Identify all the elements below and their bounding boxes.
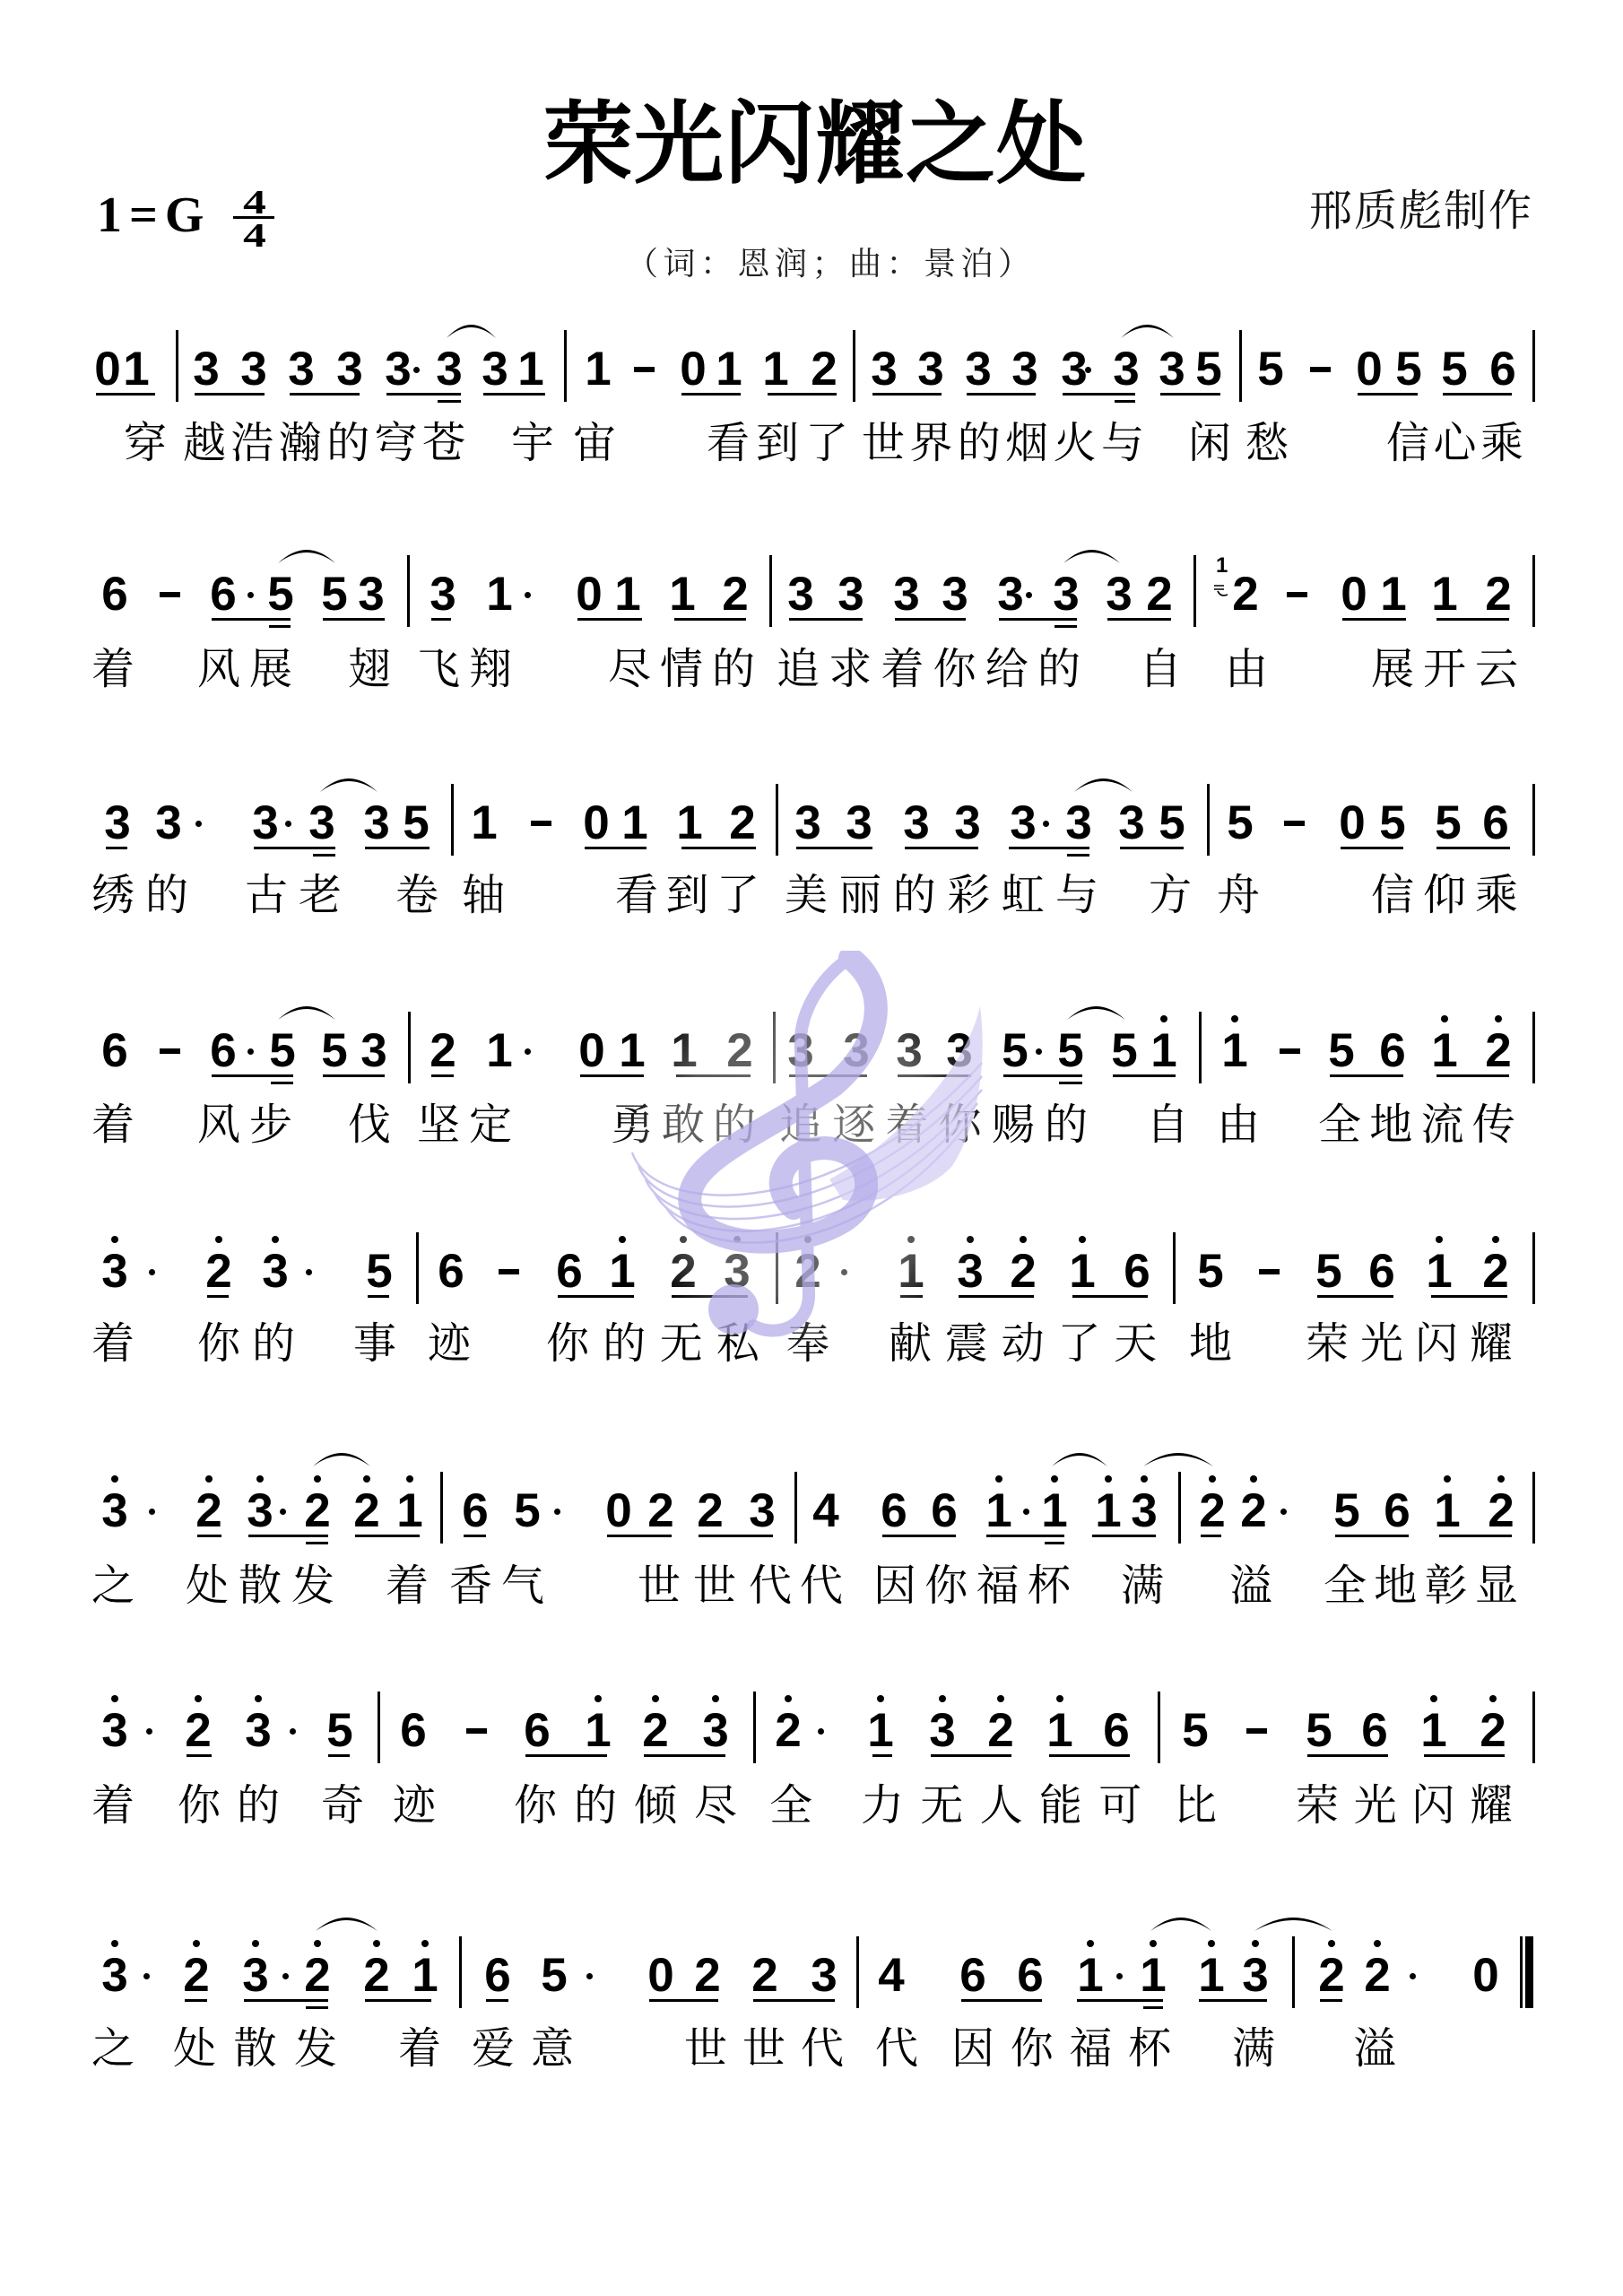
lyric-text: 迹	[393, 1784, 436, 1827]
note: 6	[1103, 1707, 1130, 1754]
note: 1	[621, 799, 648, 847]
lyric-text: 奉	[786, 1322, 829, 1365]
note: 1	[898, 1248, 924, 1295]
note: 2	[304, 1487, 331, 1535]
lyric-text: 闲	[1188, 422, 1231, 465]
note: 2	[775, 1707, 802, 1754]
note-digit: 5	[269, 1024, 295, 1077]
octave-dot-high	[1020, 1236, 1027, 1243]
note-digit: -	[1249, 1704, 1265, 1757]
sustain-dash: -	[499, 1248, 519, 1295]
note-digit: 1	[716, 343, 742, 396]
octave-dot-high	[680, 1236, 687, 1243]
note-digit: 2	[1240, 1484, 1266, 1537]
note: 3	[308, 799, 335, 847]
bar-line	[856, 1936, 859, 2008]
tie-arc	[1121, 322, 1174, 340]
note: 5	[1328, 1027, 1355, 1074]
lyric-text: 世世代	[638, 1564, 804, 1607]
note-digit: 2	[363, 1949, 389, 2002]
note-digit: 6	[484, 1949, 510, 2002]
note-digit: 6	[1379, 1024, 1405, 1077]
note: 2	[694, 1952, 721, 1999]
sustain-dash: -	[634, 345, 655, 393]
note: 3	[155, 799, 182, 847]
lyric-text: 满	[1121, 1564, 1164, 1607]
note-digit: 3	[1065, 796, 1091, 849]
note-digit: 2	[726, 1024, 752, 1077]
octave-dot-high	[595, 1695, 602, 1702]
rest-note: 0	[94, 345, 121, 393]
note-digit: 3	[893, 568, 919, 621]
note-digit: 2	[183, 1949, 209, 2002]
note-digit: 6	[101, 1024, 127, 1077]
note-digit: 3	[155, 796, 181, 849]
augmentation-dot: ·	[296, 1248, 323, 1295]
lyric-text: 追求着你给的	[777, 648, 1089, 691]
note-digit: 2	[775, 1704, 801, 1757]
note-digit: 2	[794, 1245, 820, 1298]
sustain-dash: -	[1287, 570, 1307, 618]
note: 3	[702, 1707, 729, 1754]
note: 1	[1420, 1707, 1447, 1754]
augmentation-dot: ·	[1107, 1952, 1133, 1999]
note-digit: 6	[1124, 1245, 1150, 1298]
augmentation-dot: ·	[1013, 1487, 1040, 1535]
note-digit: 6	[959, 1949, 985, 2002]
note-digit: 1	[1046, 1704, 1072, 1757]
note-digit: -	[1313, 343, 1329, 396]
note: 5	[267, 570, 294, 618]
note: 1	[1140, 1952, 1167, 1999]
note: 1	[609, 1248, 636, 1295]
sustain-dash: -	[531, 799, 551, 847]
note: 3	[942, 570, 968, 618]
note-digit: 1	[1431, 568, 1457, 621]
note-digit: 5	[1057, 1024, 1083, 1077]
note-digit: 2	[1482, 1245, 1508, 1298]
note: 5	[514, 1487, 541, 1535]
note: 3	[896, 1027, 923, 1074]
bar-line	[1199, 1012, 1202, 1083]
sixteenth-underline	[1067, 854, 1089, 857]
note-digit: 2	[1488, 1484, 1514, 1537]
octave-dot-high	[1105, 1475, 1112, 1483]
note: 2	[722, 570, 749, 618]
note-digit: 5	[366, 1245, 392, 1298]
note: 3	[1053, 570, 1080, 618]
note: 3	[787, 570, 814, 618]
bar-line	[459, 1936, 462, 2008]
note: 5	[321, 570, 348, 618]
note-digit: 6	[400, 1704, 426, 1757]
note-digit: 1	[412, 1949, 438, 2002]
lyric-text: 代	[875, 2027, 918, 2070]
note: 1	[486, 570, 513, 618]
note-digit: -	[1282, 1024, 1298, 1077]
note: 1	[619, 1027, 646, 1074]
note-digit: 1	[867, 1704, 893, 1757]
lyric-text: 卷	[395, 874, 438, 917]
note-digit: 3	[358, 568, 384, 621]
note: 1	[716, 345, 742, 393]
octave-dot-high	[193, 1940, 200, 1947]
sixteenth-underline	[269, 625, 291, 628]
lyric-text: 溢	[1229, 1564, 1272, 1607]
note-digit: ·	[191, 796, 207, 849]
octave-dot-high	[1441, 1015, 1448, 1022]
octave-dot-high	[1492, 1236, 1499, 1243]
note: 1	[669, 570, 696, 618]
note-digit: 6	[1489, 343, 1515, 396]
octave-dot-high	[314, 1940, 321, 1947]
note-digit: 2	[185, 1704, 211, 1757]
lyric-text: 之	[91, 1564, 135, 1607]
note-digit: ·	[275, 1484, 291, 1537]
note: 2	[811, 345, 838, 393]
note-digit: 2	[205, 1245, 231, 1298]
lyric-text: 着	[398, 2027, 441, 2070]
note-digit: -	[501, 1245, 517, 1298]
bar-line	[769, 555, 772, 627]
note-digit: 3	[436, 343, 462, 396]
lyric-text: 看到了	[615, 874, 768, 917]
lyric-text: 看到了	[707, 422, 855, 465]
note-digit: 2	[1480, 1704, 1506, 1757]
note-digit: 0	[578, 1024, 604, 1077]
note: 3	[242, 1952, 269, 1999]
note-digit: 6	[101, 568, 127, 621]
note-digit: 3	[843, 1024, 869, 1077]
note: 5	[1002, 1027, 1028, 1074]
note-digit: 1	[1426, 1245, 1452, 1298]
octave-dot-high	[1489, 1695, 1497, 1702]
lyric-text: 着	[91, 1784, 135, 1827]
note: 6	[524, 1707, 551, 1754]
note-digit: 4	[812, 1484, 838, 1537]
octave-dot-high	[314, 1475, 321, 1483]
note-digit: 3	[871, 343, 897, 396]
note: 2	[1232, 570, 1259, 618]
augmentation-dot: ·	[280, 1707, 307, 1754]
note-digit: 1	[396, 1484, 422, 1537]
note-digit: 3	[702, 1704, 728, 1757]
note: 6	[1379, 1027, 1406, 1074]
note: 6	[400, 1707, 427, 1754]
octave-dot-high	[1079, 1236, 1086, 1243]
note-digit: -	[534, 796, 550, 849]
jianpu-score: 0133333·3311-011233333·3355-0556穿越浩瀚的穹苍宇…	[0, 0, 1623, 2296]
note: 6	[210, 570, 237, 618]
rest-note: 0	[647, 1952, 674, 1999]
lyric-text: 愁	[1245, 422, 1289, 465]
bar-line	[408, 1012, 411, 1083]
note: 6	[1489, 345, 1516, 393]
note-digit: 1	[1069, 1245, 1095, 1298]
lyric-text: 自	[1139, 648, 1182, 691]
note: 5	[403, 799, 430, 847]
note-digit: 3	[787, 568, 813, 621]
note-digit: 2	[811, 343, 837, 396]
note-digit: 3	[1106, 568, 1132, 621]
sustain-dash: -	[160, 570, 180, 618]
octave-dot-high	[195, 1695, 202, 1702]
note: 2	[697, 1487, 724, 1535]
note: 1	[1150, 1027, 1177, 1074]
lyric-text: 由	[1225, 648, 1268, 691]
note-digit: 6	[1384, 1484, 1410, 1537]
note: 3	[1242, 1952, 1269, 1999]
octave-dot-high	[363, 1475, 370, 1483]
note: 3	[104, 799, 131, 847]
note-digit: 2	[304, 1484, 330, 1537]
lyric-text: 由	[1217, 1103, 1260, 1146]
note-digit: 2	[722, 568, 748, 621]
lyric-text: 献震动了天	[889, 1322, 1170, 1365]
tie-arc	[278, 547, 335, 565]
octave-dot-high	[1430, 1695, 1437, 1702]
note-digit: ·	[520, 1024, 536, 1077]
bar-line	[1532, 555, 1535, 627]
octave-dot-high	[995, 1475, 1002, 1483]
note: 5	[1395, 345, 1422, 393]
bar-line	[1173, 1232, 1176, 1304]
note: 1	[1198, 1952, 1225, 1999]
note: 2	[430, 1027, 456, 1074]
octave-dot-high	[111, 1940, 118, 1947]
note-digit: 3	[242, 1949, 268, 2002]
note-digit: ·	[243, 1024, 259, 1077]
note: 1	[1041, 1487, 1068, 1535]
sustain-dash: -	[466, 1707, 487, 1754]
note-digit: 1	[123, 343, 149, 396]
note-digit: ·	[813, 1704, 829, 1757]
note: 3	[954, 799, 981, 847]
lyric-text: 地	[1189, 1322, 1232, 1365]
note: 2	[1199, 1487, 1226, 1535]
note-digit: 3	[363, 796, 389, 849]
lyric-text: 比	[1174, 1784, 1217, 1827]
augmentation-dot: ·	[1271, 1487, 1298, 1535]
sixteenth-underline	[438, 400, 461, 403]
note-digit: 3	[903, 796, 929, 849]
note-digit: 3	[946, 1024, 972, 1077]
note: 2	[1146, 570, 1173, 618]
augmentation-dot: ·	[544, 1487, 571, 1535]
lyric-text: 满	[1232, 2027, 1275, 2070]
note: 3	[965, 345, 992, 393]
octave-dot-high	[1252, 1940, 1259, 1947]
note: 3	[1113, 345, 1140, 393]
note-digit: ·	[139, 1949, 155, 2002]
note-digit: 3	[846, 796, 872, 849]
note-digit: 1	[585, 343, 611, 396]
octave-dot-high	[1250, 1475, 1257, 1483]
note: 1	[486, 1027, 513, 1074]
lyric-text: 迹	[428, 1322, 471, 1365]
note: 5	[1159, 799, 1185, 847]
note-digit: 3	[308, 796, 334, 849]
note-digit: 3	[245, 1704, 271, 1757]
augmentation-dot: ·	[186, 799, 213, 847]
note-digit: 6	[210, 1024, 236, 1077]
note-digit: 3	[1118, 796, 1144, 849]
note-digit: 2	[1364, 1949, 1390, 2002]
note-digit: ·	[1405, 1949, 1421, 2002]
lyric-text: 荣光闪耀	[1306, 1322, 1524, 1365]
octave-dot-high	[1374, 1940, 1381, 1947]
note: 1	[585, 1707, 612, 1754]
lyric-text: 全	[769, 1784, 812, 1827]
note: 2	[1364, 1952, 1391, 1999]
note-digit: 5	[1111, 1024, 1137, 1077]
note-digit: 5	[1441, 343, 1467, 396]
note-digit: 0	[1356, 343, 1382, 396]
octave-dot-high	[652, 1695, 659, 1702]
lyric-text: 爱意	[472, 2027, 590, 2070]
tie-arc	[1143, 1450, 1213, 1468]
note-digit: 3	[482, 343, 508, 396]
bar-line	[1178, 1472, 1181, 1544]
octave-dot-high	[712, 1695, 719, 1702]
note-digit: 3	[942, 568, 968, 621]
lyric-text: 全地彰显	[1324, 1564, 1525, 1607]
note-digit: 3	[954, 796, 980, 849]
note: 5	[1195, 345, 1222, 393]
augmentation-dot: ·	[515, 1027, 542, 1074]
bar-line	[776, 784, 778, 856]
bar-line	[794, 1472, 797, 1544]
tie-arc	[1067, 1004, 1125, 1022]
note: 3	[101, 1707, 128, 1754]
note-digit: 1	[669, 568, 695, 621]
note: 3	[929, 1707, 956, 1754]
note-digit: -	[469, 1704, 485, 1757]
bar-line	[1207, 784, 1210, 856]
note: 3	[1118, 799, 1145, 847]
bar-line	[1158, 1692, 1160, 1763]
bar-line	[1532, 330, 1535, 402]
note-digit: 2	[647, 1484, 673, 1537]
octave-dot-high	[373, 1940, 380, 1947]
lyric-text: 处散发	[173, 2027, 355, 2070]
note: 2	[1482, 1248, 1509, 1295]
note-digit: 1	[609, 1245, 635, 1298]
octave-dot-high	[1497, 1475, 1505, 1483]
lyric-text: 勇敢的	[611, 1103, 764, 1146]
note-digit: 3	[896, 1024, 922, 1077]
note-digit: 0	[1341, 568, 1367, 621]
octave-dot-high	[1328, 1940, 1335, 1947]
note-digit: 2	[1232, 568, 1258, 621]
note-digit: 5	[514, 1484, 540, 1537]
octave-dot-high	[255, 1695, 262, 1702]
note: 3	[893, 570, 920, 618]
sixteenth-underline	[1055, 625, 1077, 628]
note-digit: 5	[1182, 1704, 1208, 1757]
octave-dot-high	[421, 1940, 429, 1947]
note: 5	[1315, 1248, 1342, 1295]
note: 2	[205, 1248, 232, 1295]
note-digit: 2	[729, 796, 755, 849]
augmentation-dot: ·	[238, 1027, 265, 1074]
note: 2	[1318, 1952, 1345, 1999]
note: 6	[101, 570, 128, 618]
sixteenth-underline	[1143, 2006, 1163, 2009]
note-digit: -	[1262, 1245, 1278, 1298]
note-digit: 1	[985, 1484, 1011, 1537]
note-digit: 3	[101, 1245, 127, 1298]
bar-line	[407, 555, 410, 627]
note-digit: 5	[1379, 796, 1405, 849]
note-digit: 5	[1395, 343, 1421, 396]
note: 2	[794, 1248, 821, 1295]
note: 3	[1159, 345, 1185, 393]
grace-slur-mark	[1213, 584, 1231, 598]
note: 1	[671, 1027, 698, 1074]
note-digit: 3	[811, 1949, 837, 2002]
note-digit: 3	[794, 796, 820, 849]
note-digit: ·	[1031, 1024, 1047, 1077]
augmentation-dot: ·	[273, 1952, 299, 1999]
note-digit: 1	[1380, 568, 1406, 621]
note-digit: -	[1287, 796, 1303, 849]
note-digit: 5	[1435, 796, 1461, 849]
note-digit: 5	[1159, 796, 1185, 849]
bar-line	[564, 330, 567, 402]
note-digit: 1	[1434, 1484, 1460, 1537]
note-digit: 0	[1472, 1949, 1498, 2002]
note-digit: 5	[1195, 343, 1221, 396]
note-digit: 5	[541, 1949, 567, 2002]
note-digit: 5	[267, 568, 293, 621]
lyric-text: 着	[386, 1564, 429, 1607]
note-digit: 0	[583, 796, 609, 849]
augmentation-dot: ·	[238, 570, 265, 618]
octave-dot-high	[111, 1695, 118, 1702]
octave-dot-high	[252, 1940, 259, 1947]
note: 3	[363, 799, 390, 847]
lyric-text: 香气	[449, 1564, 553, 1607]
lyric-text: 信心乘	[1386, 422, 1528, 465]
note: 3	[1011, 345, 1038, 393]
note-digit: 2	[1146, 568, 1172, 621]
octave-dot-high	[804, 1236, 811, 1243]
note-digit: ·	[281, 796, 297, 849]
augmentation-dot: ·	[1026, 1027, 1053, 1074]
note: 3	[946, 1027, 973, 1074]
note: 3	[724, 1248, 751, 1295]
octave-dot-high	[111, 1236, 118, 1243]
note-digit: 3	[965, 343, 991, 396]
augmentation-dot: ·	[404, 345, 430, 393]
note-digit: 3	[1131, 1484, 1157, 1537]
note-digit: 2	[1010, 1245, 1036, 1298]
note-digit: 3	[104, 796, 130, 849]
lyric-text: 美丽的彩虹与	[785, 874, 1109, 917]
note-digit: 6	[1103, 1704, 1129, 1757]
note-digit: 2	[694, 1949, 720, 2002]
note-digit: 2	[304, 1949, 330, 2002]
lyric-text: 自	[1146, 1103, 1189, 1146]
lyric-text: 世世代	[684, 2027, 859, 2070]
augmentation-dot: ·	[1016, 570, 1043, 618]
note-digit: 1	[1221, 1024, 1247, 1077]
note-digit: 0	[1339, 796, 1365, 849]
octave-dot-high	[256, 1475, 264, 1483]
note: 1	[517, 345, 544, 393]
lyric-text: 宙	[573, 422, 616, 465]
